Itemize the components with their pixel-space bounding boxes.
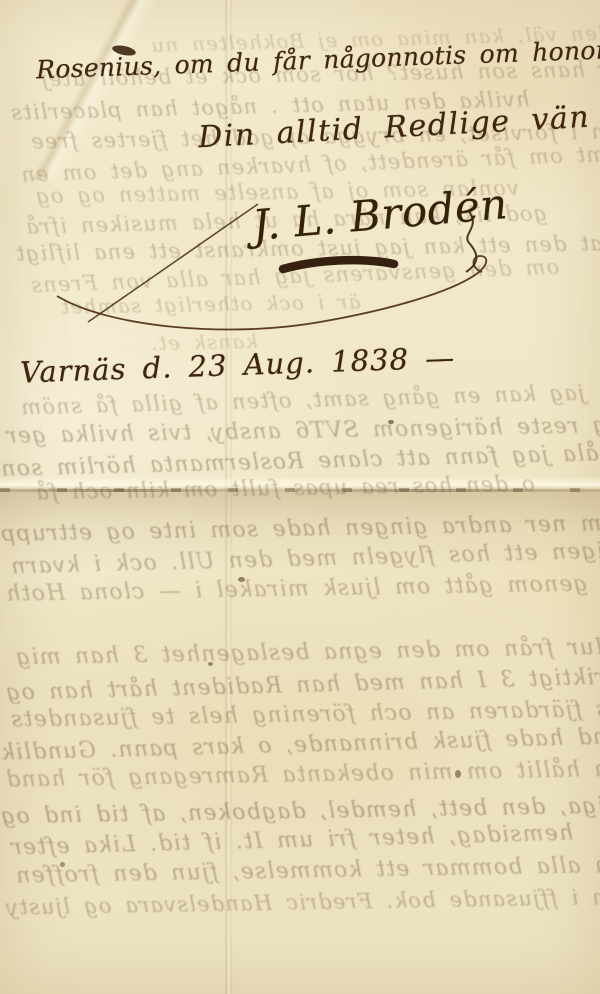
ink-speck (455, 770, 461, 778)
bleed-line: man i ffjusande bok. Fredric Handelsvara… (5, 884, 600, 919)
ink-speck (388, 420, 394, 424)
bleed-line: Hur från om den egna beslagenhet 3 han m… (15, 635, 600, 670)
ink-speck (208, 662, 213, 666)
letter-page: hos den väl, kan mina om ej Bokhelten nu… (0, 0, 600, 994)
ink-speck (60, 862, 65, 867)
ink-speck (238, 577, 245, 582)
